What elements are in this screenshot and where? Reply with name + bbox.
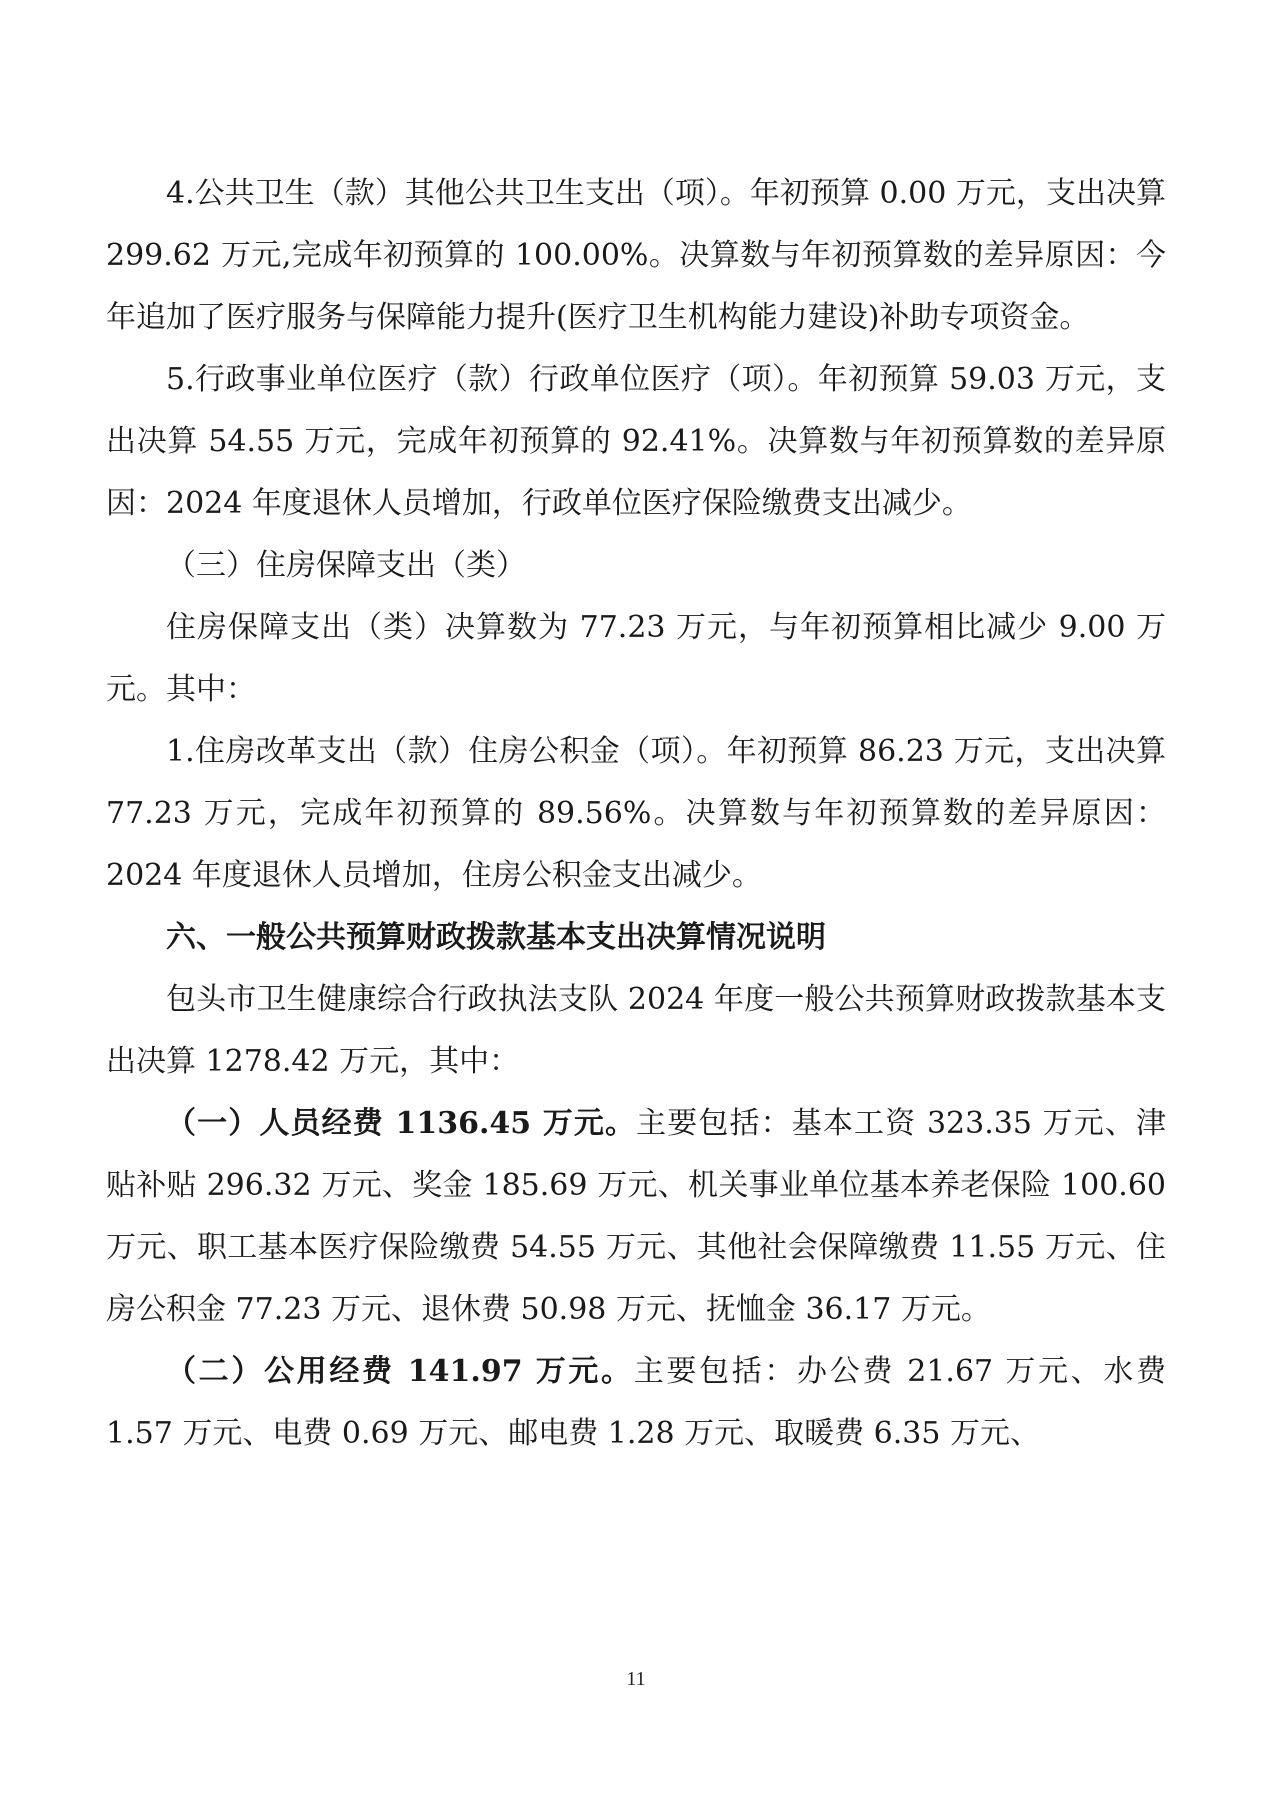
heading-section-six: 六、一般公共预算财政拨款基本支出决算情况说明	[106, 907, 1166, 969]
paragraph-admin-medical: 5.行政事业单位医疗（款）行政单位医疗（项）。年初预算 59.03 万元，支出决…	[106, 349, 1166, 535]
page-number: 11	[0, 1668, 1272, 1691]
document-page: 4.公共卫生（款）其他公共卫生支出（项）。年初预算 0.00 万元，支出决算 2…	[0, 0, 1272, 1800]
paragraph-public-costs: （二）公用经费 141.97 万元。主要包括：办公费 21.67 万元、水费 1…	[106, 1341, 1166, 1465]
paragraph-public-health-other: 4.公共卫生（款）其他公共卫生支出（项）。年初预算 0.00 万元，支出决算 2…	[106, 163, 1166, 349]
heading-housing-security: （三）住房保障支出（类）	[106, 535, 1166, 597]
paragraph-housing-summary: 住房保障支出（类）决算数为 77.23 万元，与年初预算相比减少 9.00 万元…	[106, 597, 1166, 721]
paragraph-housing-fund: 1.住房改革支出（款）住房公积金（项）。年初预算 86.23 万元，支出决算 7…	[106, 721, 1166, 907]
personnel-costs-lead: （一）人员经费 1136.45 万元。	[166, 1106, 636, 1141]
public-costs-lead: （二）公用经费 141.97 万元。	[166, 1354, 634, 1389]
paragraph-basic-expenditure: 包头市卫生健康综合行政执法支队 2024 年度一般公共预算财政拨款基本支出决算 …	[106, 969, 1166, 1093]
paragraph-personnel-costs: （一）人员经费 1136.45 万元。主要包括：基本工资 323.35 万元、津…	[106, 1093, 1166, 1341]
document-body: 4.公共卫生（款）其他公共卫生支出（项）。年初预算 0.00 万元，支出决算 2…	[106, 163, 1166, 1465]
